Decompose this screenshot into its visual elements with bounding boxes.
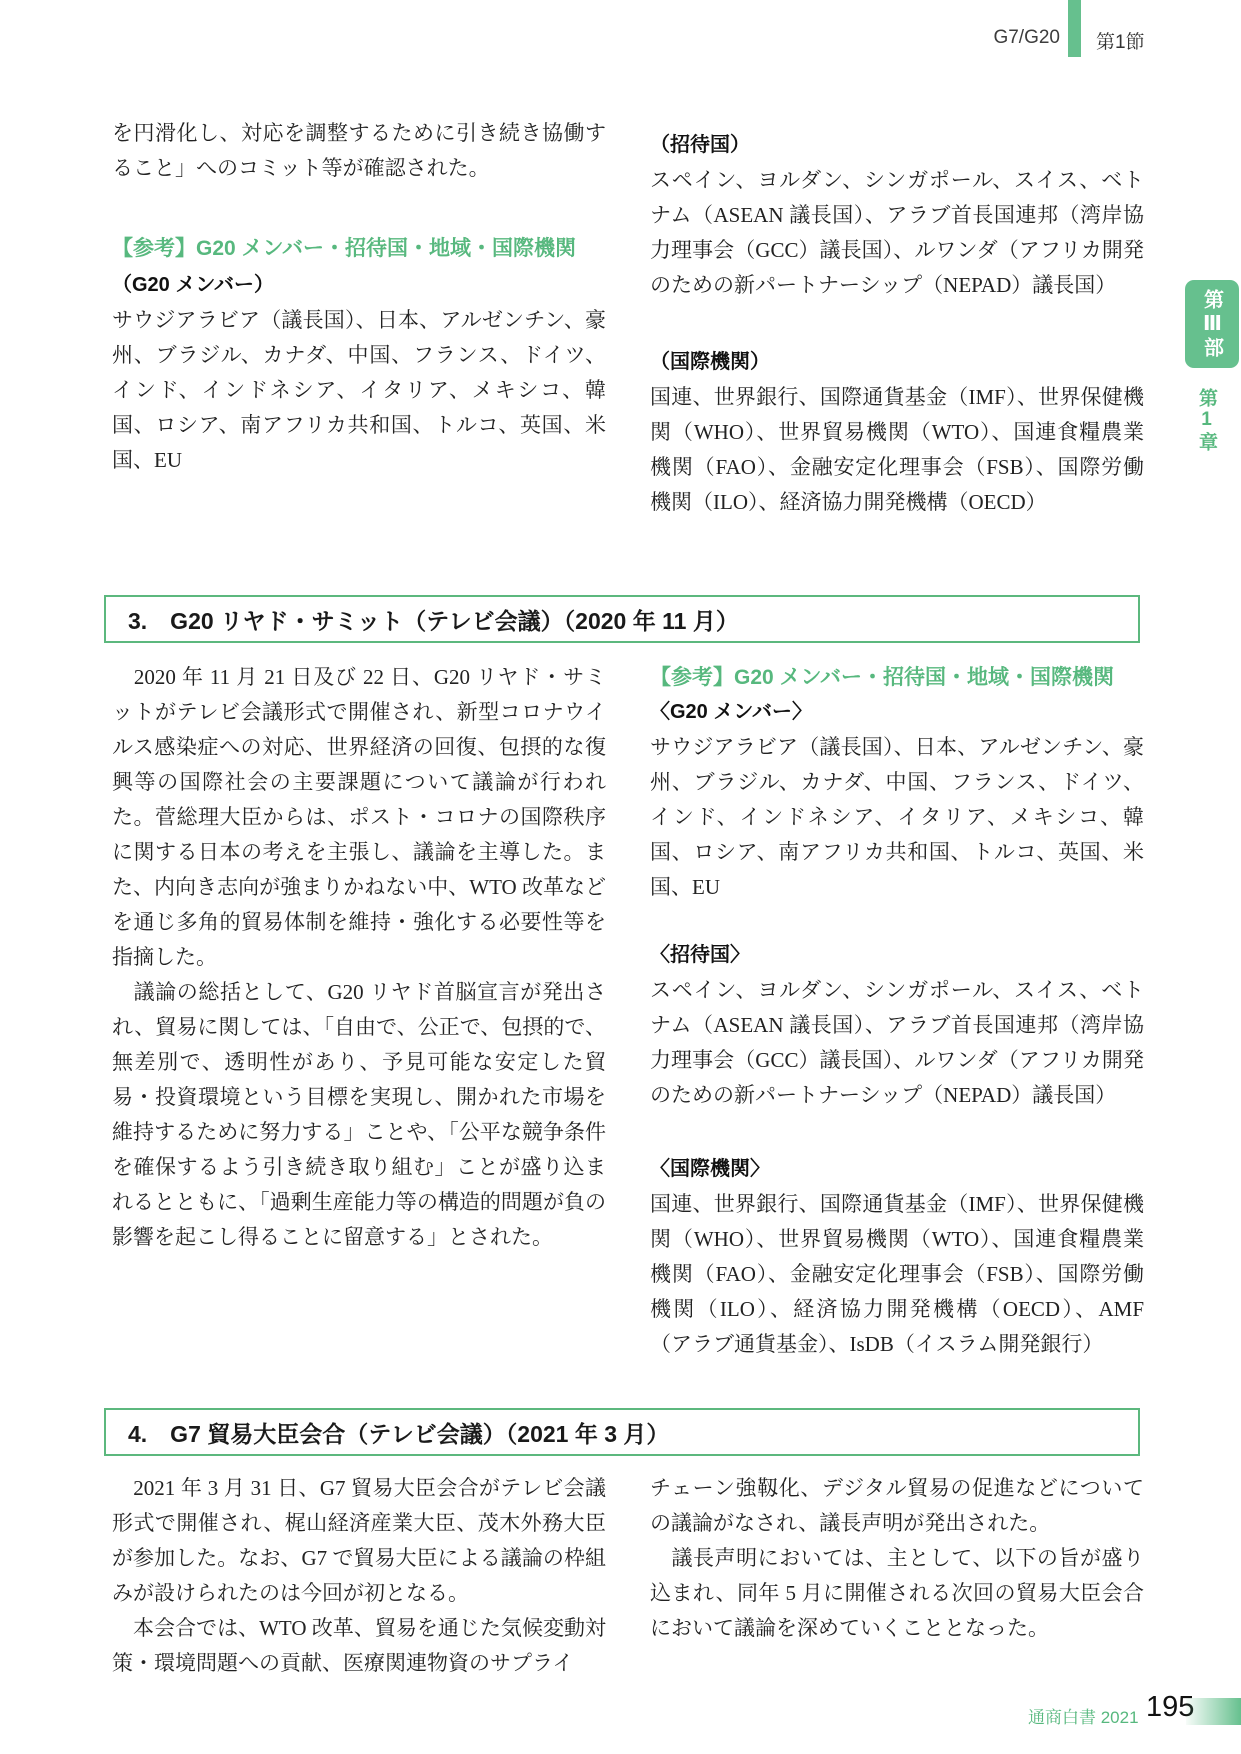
- intro-paragraph: を円滑化し、対応を調整するために引き続き協働すること」へのコミット等が確認された…: [112, 116, 606, 186]
- section3-right-column: 【参考】G20 メンバー・招待国・地域・国際機関 〈G20 メンバー〉 サウジア…: [650, 660, 1144, 1362]
- chapter-label: 第1章: [1193, 388, 1220, 453]
- section4-title: 4. G7 貿易大臣会合（テレビ会議）（2021 年 3 月）: [128, 1416, 669, 1449]
- intro-left-column: を円滑化し、対応を調整するために引き続き協働すること」へのコミット等が確認された…: [112, 116, 606, 478]
- intro-members-text: サウジアラビア（議長国）、日本、アルゼンチン、豪州、ブラジル、カナダ、中国、フラ…: [112, 303, 606, 478]
- section4-paragraph-4: 議長声明においては、主として、以下の旨が盛り込まれ、同年 5 月に開催される次回…: [650, 1541, 1144, 1646]
- footer-book-title: 通商白書 2021: [1028, 1703, 1139, 1728]
- section3-invitees-text: スペイン、ヨルダン、シンガポール、スイス、ベトナム（ASEAN 議長国）、アラブ…: [650, 973, 1144, 1113]
- document-page: G7/G20 第1節 を円滑化し、対応を調整するために引き続き協働すること」への…: [0, 0, 1241, 1754]
- section3-members-text: サウジアラビア（議長国）、日本、アルゼンチン、豪州、ブラジル、カナダ、中国、フラ…: [650, 730, 1144, 905]
- section4-paragraph-3: チェーン強靱化、デジタル貿易の促進などについての議論がなされ、議長声明が発出され…: [650, 1471, 1144, 1541]
- intro-orgs-label: （国際機関）: [650, 345, 1144, 380]
- section4-right-column: チェーン強靱化、デジタル貿易の促進などについての議論がなされ、議長声明が発出され…: [650, 1471, 1144, 1646]
- section3-left-column: 2020 年 11 月 21 日及び 22 日、G20 リヤド・サミットがテレビ…: [112, 660, 606, 1255]
- section3-title: 3. G20 リヤド・サミット（テレビ会議）（2020 年 11 月）: [128, 603, 739, 636]
- section3-orgs-label: 〈国際機関〉: [650, 1152, 1144, 1187]
- section3-paragraph-2: 議論の総括として、G20 リヤド首脳宣言が発出され、貿易に関しては、「自由で、公…: [112, 975, 606, 1255]
- footer-accent-bar: [1186, 1698, 1241, 1725]
- section3-heading-box: 3. G20 リヤド・サミット（テレビ会議）（2020 年 11 月）: [104, 595, 1140, 643]
- header-accent-bar: [1068, 0, 1081, 57]
- section3-reference-heading: 【参考】G20 メンバー・招待国・地域・国際機関: [650, 660, 1144, 695]
- intro-invitees-label: （招待国）: [650, 128, 1144, 163]
- header-section-label: 第1節: [1096, 27, 1145, 54]
- section3-invitees-label: 〈招待国〉: [650, 938, 1144, 973]
- section3-orgs-text: 国連、世界銀行、国際通貨基金（IMF）、世界保健機関（WHO）、世界貿易機関（W…: [650, 1187, 1144, 1362]
- intro-reference-heading: 【参考】G20 メンバー・招待国・地域・国際機関: [112, 231, 606, 266]
- section4-left-column: 2021 年 3 月 31 日、G7 貿易大臣会合がテレビ会議形式で開催され、梶…: [112, 1471, 606, 1681]
- section4-heading-box: 4. G7 貿易大臣会合（テレビ会議）（2021 年 3 月）: [104, 1408, 1140, 1456]
- intro-orgs-text: 国連、世界銀行、国際通貨基金（IMF）、世界保健機関（WHO）、世界貿易機関（W…: [650, 380, 1144, 520]
- section4-paragraph-2: 本会合では、WTO 改革、貿易を通じた気候変動対策・環境問題への貢献、医療関連物…: [112, 1611, 606, 1681]
- intro-right-column: （招待国） スペイン、ヨルダン、シンガポール、スイス、ベトナム（ASEAN 議長…: [650, 128, 1144, 520]
- intro-invitees-text: スペイン、ヨルダン、シンガポール、スイス、ベトナム（ASEAN 議長国）、アラブ…: [650, 163, 1144, 303]
- section3-paragraph-1: 2020 年 11 月 21 日及び 22 日、G20 リヤド・サミットがテレビ…: [112, 660, 606, 975]
- part-tab: 第Ⅲ部: [1185, 280, 1239, 368]
- intro-members-label: （G20 メンバー）: [112, 268, 606, 303]
- section4-paragraph-1: 2021 年 3 月 31 日、G7 貿易大臣会合がテレビ会議形式で開催され、梶…: [112, 1471, 606, 1611]
- section3-members-label: 〈G20 メンバー〉: [650, 695, 1144, 730]
- header-doc-label: G7/G20: [993, 27, 1060, 49]
